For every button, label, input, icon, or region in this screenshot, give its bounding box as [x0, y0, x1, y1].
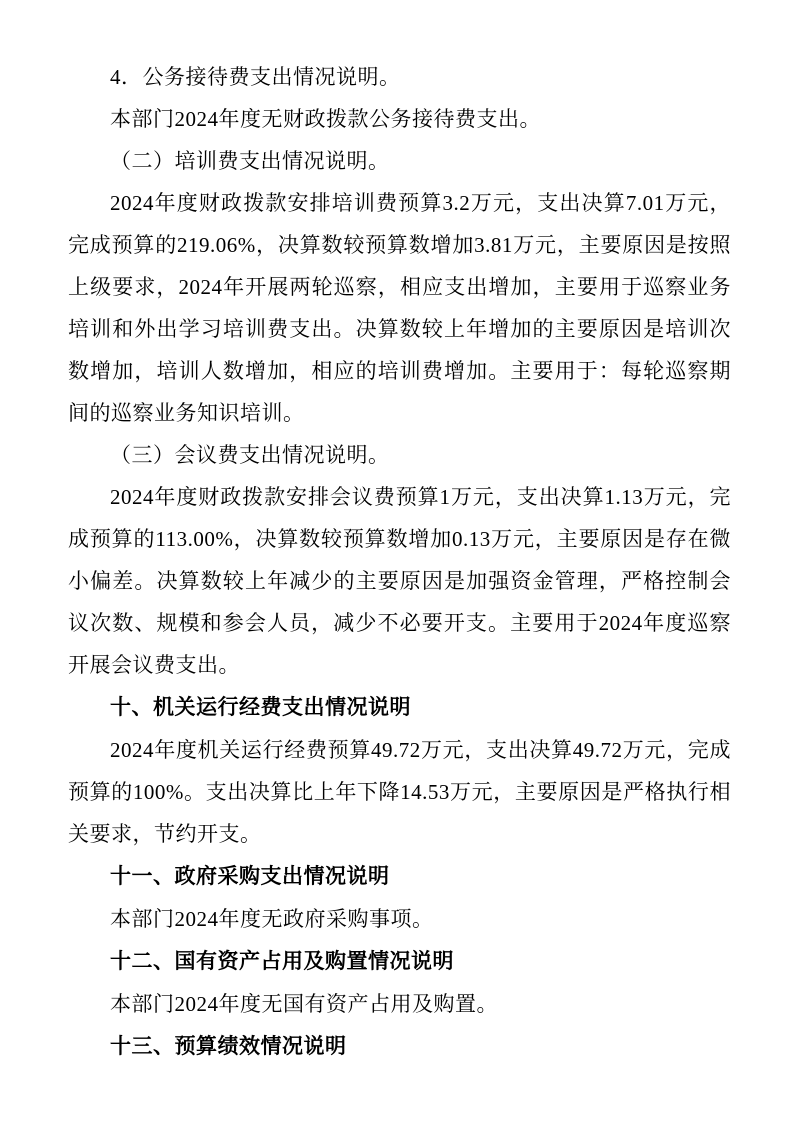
section-heading: 十一、政府采购支出情况说明 [68, 855, 731, 898]
body-paragraph: （三）会议费支出情况说明。 [68, 434, 731, 476]
document-page: 4．公务接待费支出情况说明。本部门2024年度无财政拨款公务接待费支出。（二）培… [0, 0, 793, 1122]
body-paragraph: （二）培训费支出情况说明。 [68, 140, 731, 182]
body-paragraph: 本部门2024年度无财政拨款公务接待费支出。 [68, 98, 731, 140]
section-heading: 十、机关运行经费支出情况说明 [68, 686, 731, 729]
body-paragraph: 2024年度财政拨款安排会议费预算1万元，支出决算1.13万元，完成预算的113… [68, 476, 731, 686]
section-heading: 十二、国有资产占用及购置情况说明 [68, 940, 731, 983]
section-heading: 十三、预算绩效情况说明 [68, 1025, 731, 1068]
body-paragraph: 2024年度机关运行经费预算49.72万元，支出决算49.72万元，完成预算的1… [68, 729, 731, 855]
body-paragraph: 4．公务接待费支出情况说明。 [68, 56, 731, 98]
body-paragraph: 2024年度财政拨款安排培训费预算3.2万元，支出决算7.01万元，完成预算的2… [68, 182, 731, 434]
document-body: 4．公务接待费支出情况说明。本部门2024年度无财政拨款公务接待费支出。（二）培… [68, 56, 731, 1068]
body-paragraph: 本部门2024年度无国有资产占用及购置。 [68, 983, 731, 1025]
body-paragraph: 本部门2024年度无政府采购事项。 [68, 898, 731, 940]
